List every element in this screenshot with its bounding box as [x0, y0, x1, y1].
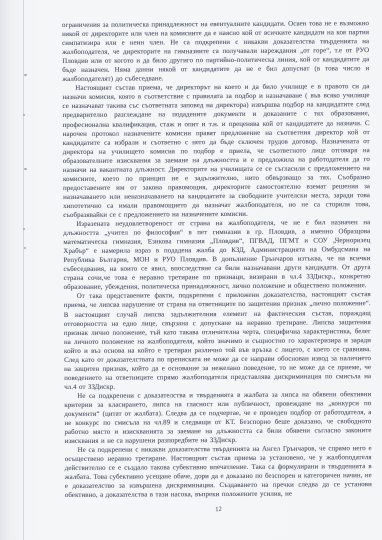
paragraph: ограничения за политическа принадлежност…: [62, 19, 369, 84]
scanned-document-page: { "document": { "language": "bg", "page_…: [0, 0, 382, 540]
document-text: ограничения за политическа принадлежност…: [62, 19, 372, 500]
page-number: 12: [65, 506, 372, 515]
scan-speck: [24, 247, 26, 249]
scan-speck: [24, 74, 27, 76]
paragraph: От така представените факти, подкрепени …: [64, 291, 372, 392]
scan-speck: [23, 114, 25, 116]
paragraph: Настоящият състав приема, че директорът …: [62, 82, 370, 220]
paragraph: Изразената неудовлетвореност от страна н…: [63, 218, 370, 292]
scan-speck: [24, 168, 27, 170]
paragraph: Не са подкрепени с никакви доказателства…: [65, 444, 372, 500]
document-content: ограничения за политическа принадлежност…: [62, 19, 372, 514]
paragraph: Не са подкрепени с доказателства и твърд…: [64, 390, 371, 446]
scan-background: ограничения за политическа принадлежност…: [0, 0, 382, 540]
scan-edge-line: [23, 0, 24, 540]
scan-speck: [23, 228, 25, 230]
